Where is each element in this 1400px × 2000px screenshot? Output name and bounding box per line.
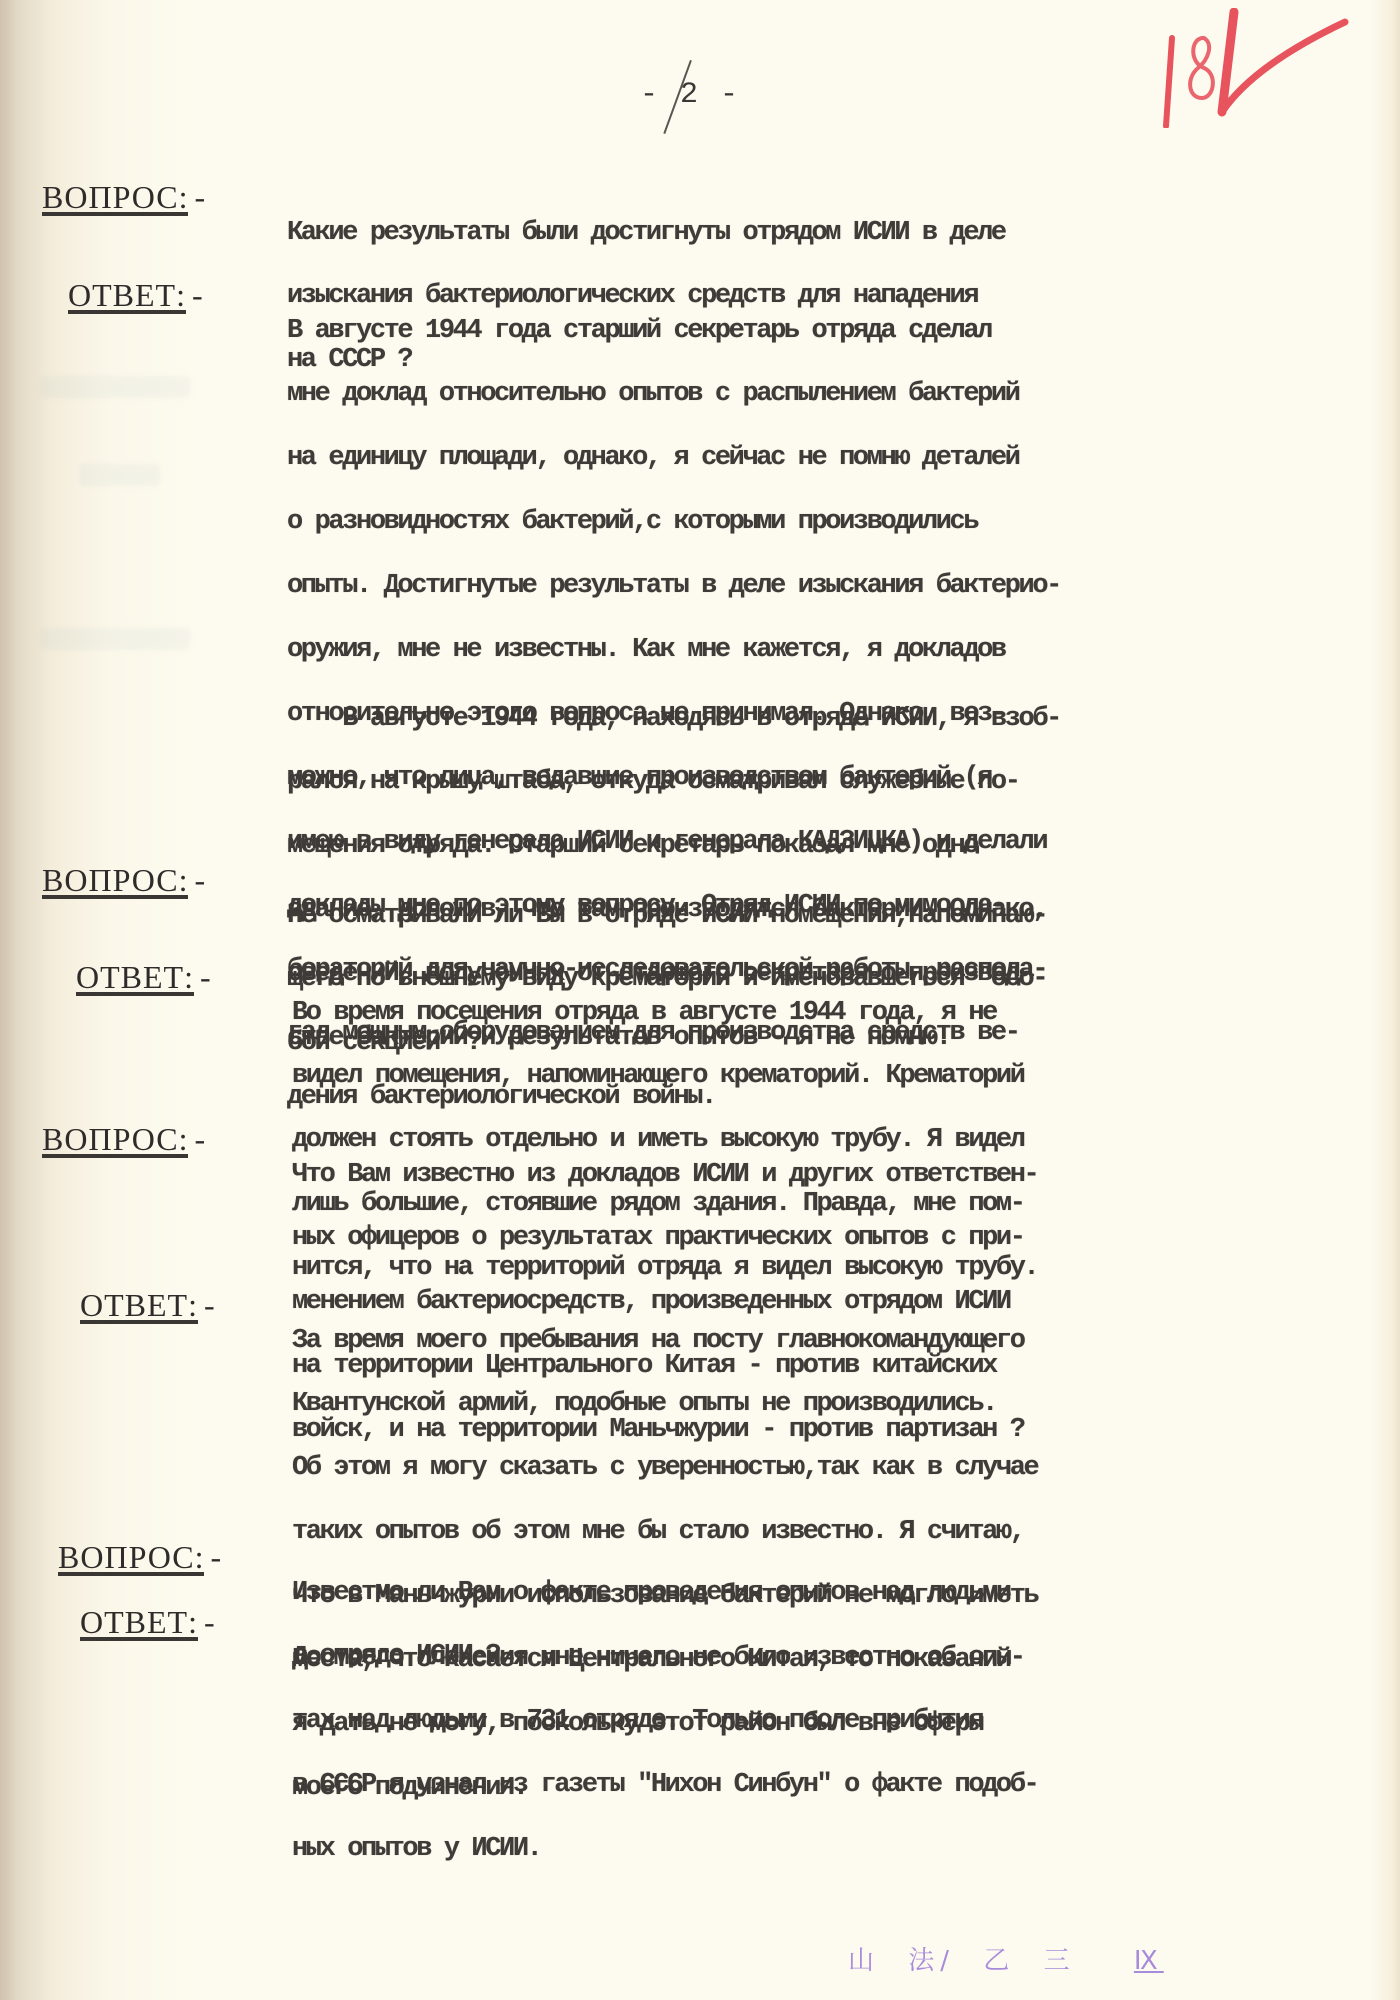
document-page: - 2 - 187 ВОПРОС:- Какие результаты были… (0, 0, 1400, 2000)
label-dash: - (194, 862, 206, 898)
question-label: ВОПРОС:- (42, 1125, 206, 1158)
question-label: ВОПРОС:- (42, 183, 206, 216)
stamp-glyph: 三 (1044, 1946, 1076, 1976)
text-line: на единицу площади, однако, я сейчас не … (287, 448, 1397, 469)
text-line: опыты. Достигнутые результаты в деле изы… (287, 576, 1397, 597)
question-label: ВОПРОС:- (58, 1543, 222, 1576)
answer-label: ОТВЕТ:- (76, 963, 212, 996)
label-dash: - (200, 959, 212, 995)
text-line: В августе 1944 года старший секретарь от… (287, 321, 1397, 342)
question-label-text: ВОПРОС: (42, 1125, 188, 1158)
text-line: За время моего пребывания на посту главн… (292, 1331, 1400, 1352)
text-line: Об этом я могу сказать с уверенностью,та… (292, 1458, 1400, 1479)
text-line: ных опытов у ИСИИ. (292, 1839, 1400, 1860)
stamp-glyph: 山 (848, 1946, 880, 1976)
question-label-text: ВОПРОС: (42, 866, 188, 899)
answer-label-text: ОТВЕТ: (80, 1291, 198, 1324)
answer-text: До моего пленения мне ничего не было изв… (292, 1605, 1400, 1903)
label-dash: - (210, 1539, 222, 1575)
svg-text:187: 187 (1160, 8, 1162, 9)
stamp-glyph: Ⅸ (1134, 1946, 1164, 1976)
answer-label-text: ОТВЕТ: (80, 1608, 198, 1641)
bleed-through-mark (40, 376, 190, 398)
label-dash: - (194, 179, 206, 215)
stamp-glyph: 法/ (908, 1946, 955, 1976)
text-line: Во время посещения отряда в августе 1944… (292, 1003, 1400, 1024)
label-dash: - (192, 277, 204, 313)
text-line: в СССР я узнал из газеты "Нихон Синбун" … (292, 1775, 1400, 1796)
text-line: В августе 1944 года, находясь в отряде И… (287, 709, 1397, 730)
page-number-text: - 2 - (640, 78, 740, 112)
red-handwritten-number: 187 (1160, 8, 1350, 128)
text-line: Что Вам известно из докладов ИСИИ и друг… (292, 1165, 1400, 1186)
question-label: ВОПРОС:- (42, 866, 206, 899)
text-line: видел помещения, напоминающего крематори… (292, 1066, 1400, 1087)
answer-label: ОТВЕТ:- (80, 1291, 216, 1324)
stamp-glyph: 乙 (983, 1946, 1015, 1976)
text-line: тах над людьми в 731 отряде. Только посл… (292, 1711, 1400, 1732)
bleed-through-mark (40, 628, 190, 650)
page-number: - 2 - (640, 78, 740, 112)
text-line: Известно ли Вам о факте проведения опыто… (292, 1583, 1400, 1604)
label-dash: - (194, 1121, 206, 1157)
answer-label-text: ОТВЕТ: (76, 963, 194, 996)
answer-label: ОТВЕТ:- (68, 281, 204, 314)
text-line: о разновидностях бактерий,с которыми про… (287, 512, 1397, 533)
text-line: мещения отряда. Старший секретарь показа… (287, 836, 1397, 857)
bleed-through-mark (80, 464, 160, 486)
answer-label-text: ОТВЕТ: (68, 281, 186, 314)
question-label-text: ВОПРОС: (42, 183, 188, 216)
purple-handwritten-stamp: 山 法/ 乙 三 Ⅸ (848, 1940, 1238, 1980)
text-line: Какие результаты были достигнуты отрядом… (287, 223, 1397, 244)
text-line: До моего пленения мне ничего не было изв… (292, 1648, 1400, 1669)
answer-label: ОТВЕТ:- (80, 1608, 216, 1641)
text-line: ных офицеров о результатах практических … (292, 1228, 1400, 1249)
text-line: мне доклад относительно опытов с распыле… (287, 384, 1397, 405)
text-line: рался на крышу штаба, откуда осматривал … (287, 772, 1397, 793)
label-dash: - (204, 1287, 216, 1323)
text-line: Не осматривали ли Вы в отряде ИСИИ помещ… (287, 906, 1397, 927)
text-line: Квантунской армий, подобные опыты не про… (292, 1394, 1400, 1415)
label-dash: - (204, 1604, 216, 1640)
text-line: оружия, мне не известны. Как мне кажется… (287, 640, 1397, 661)
question-label-text: ВОПРОС: (58, 1543, 204, 1576)
